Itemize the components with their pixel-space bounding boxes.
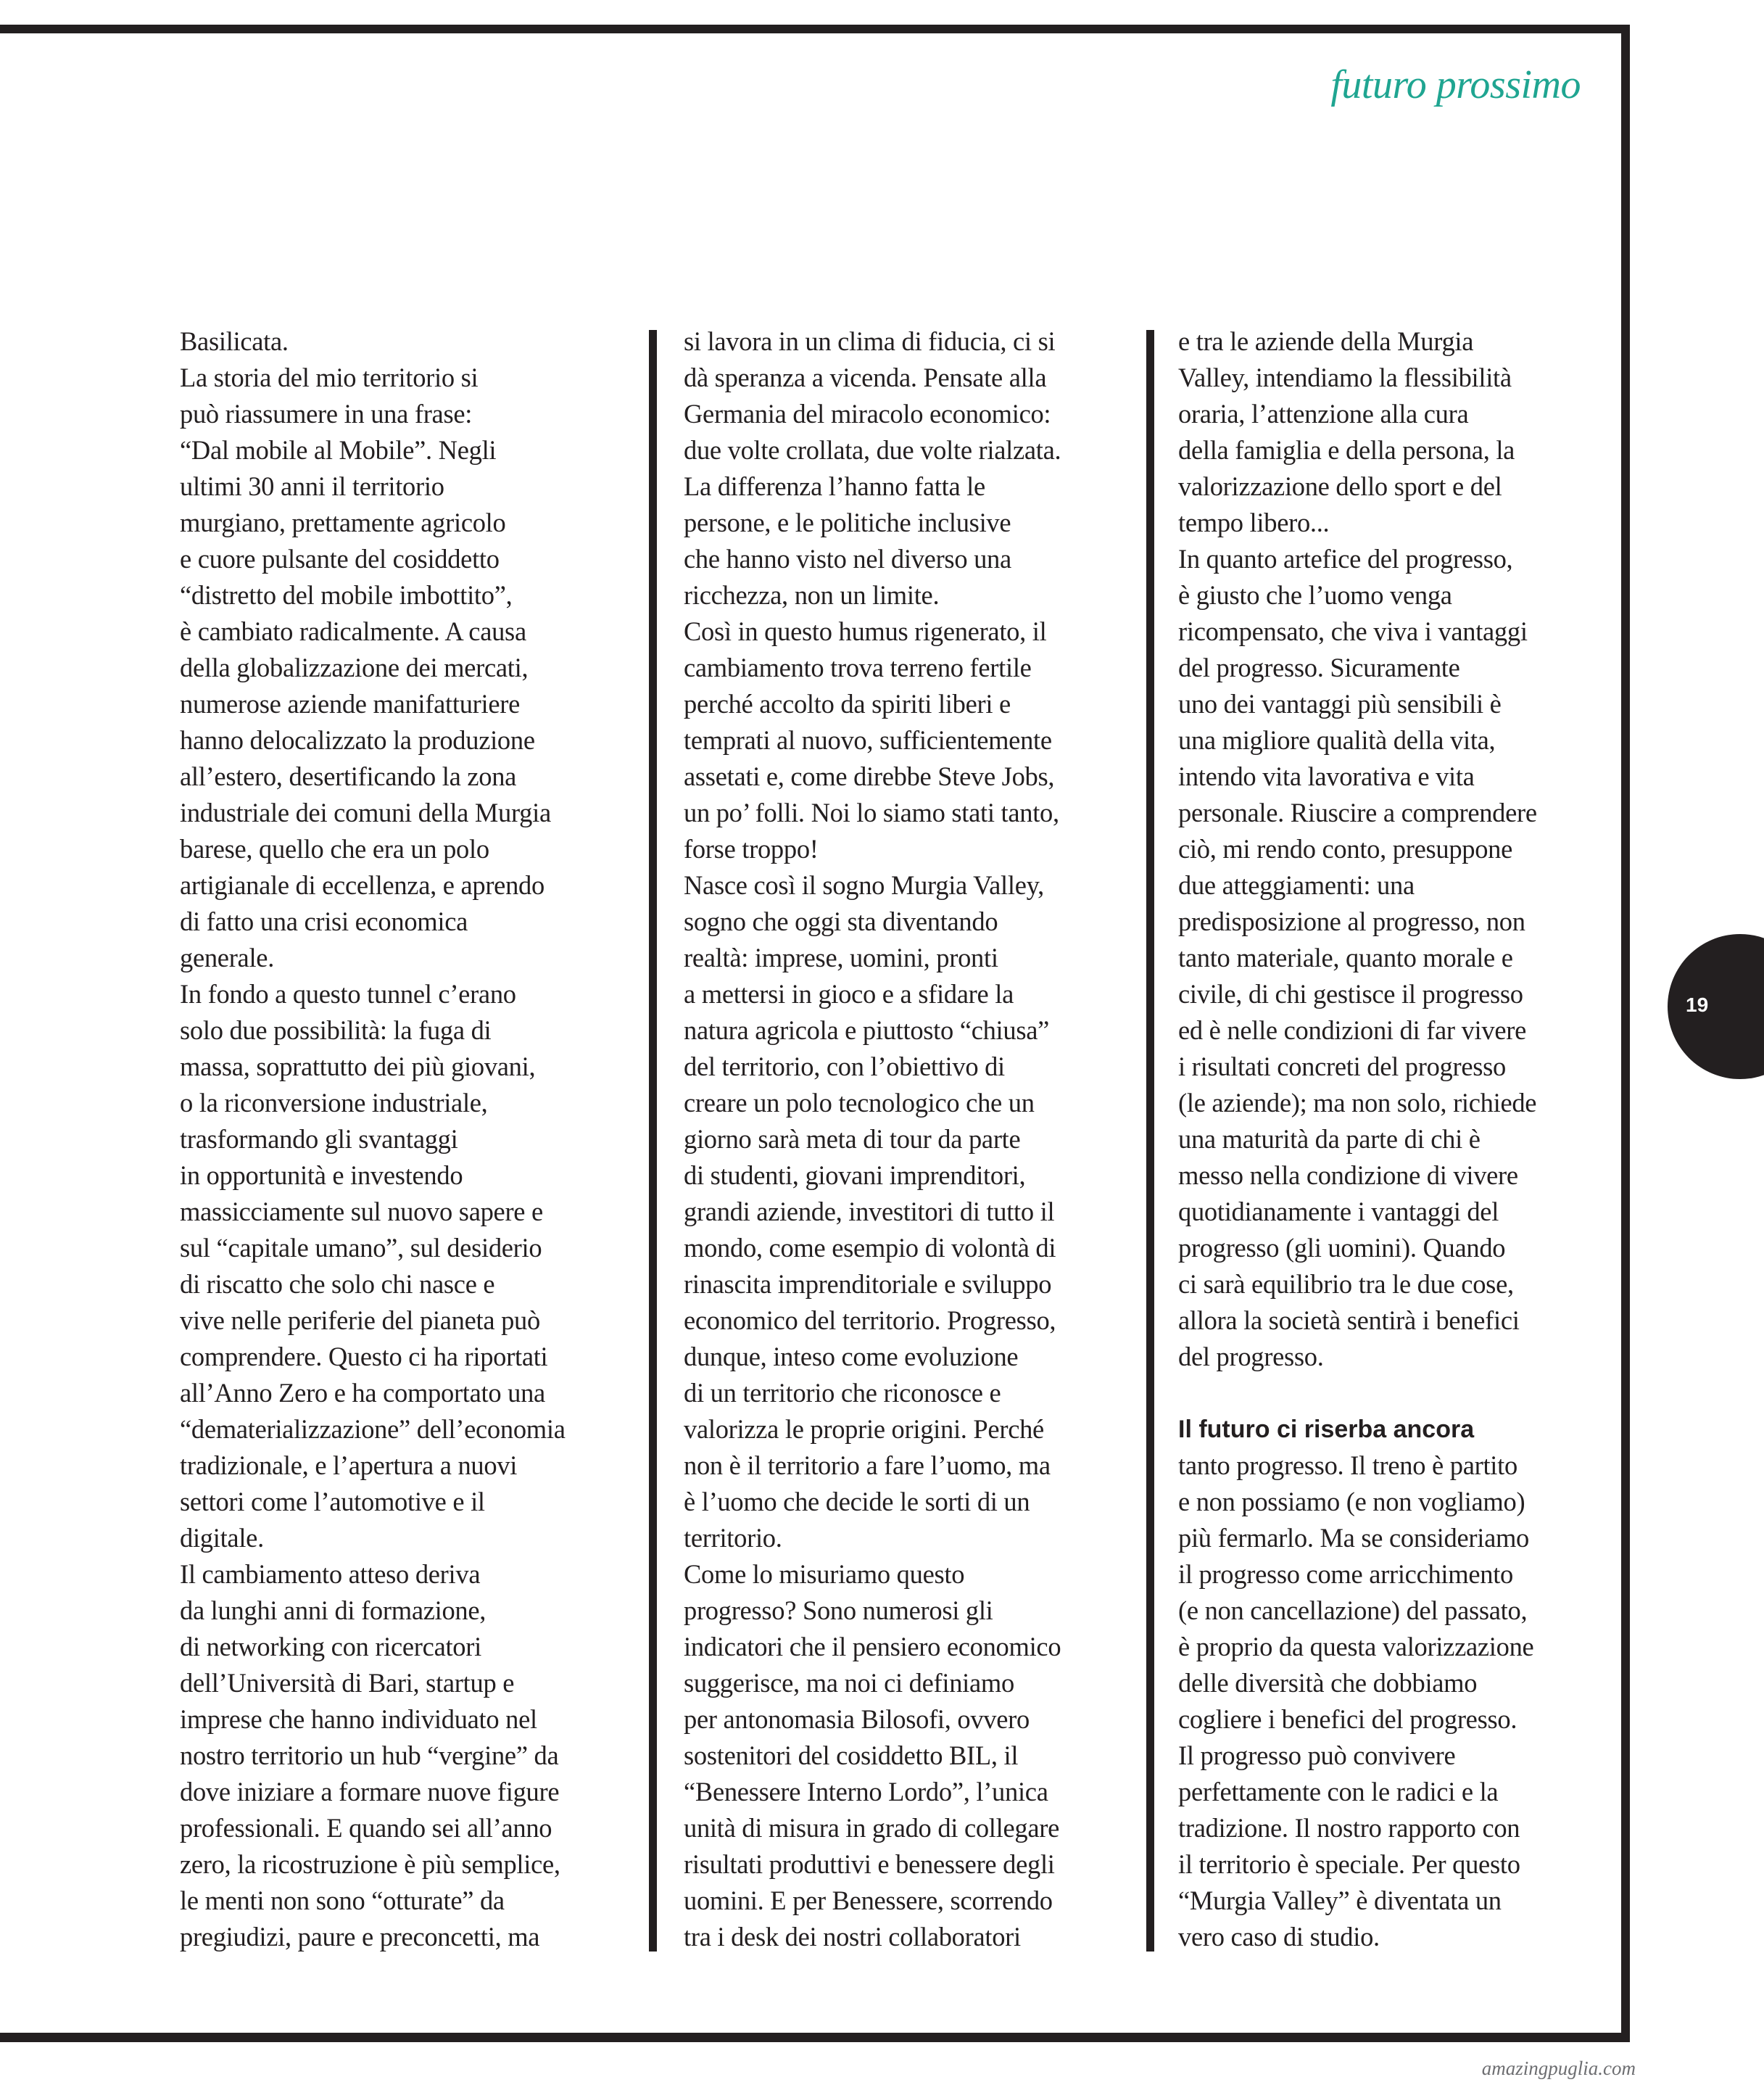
text-line: e non possiamo (e non vogliamo)	[1178, 1484, 1599, 1520]
text-line: persone, e le politiche inclusive	[684, 505, 1126, 541]
text-line: uomini. E per Benessere, scorrendo	[684, 1883, 1126, 1919]
text-line: Così in questo humus rigenerato, il	[684, 614, 1126, 650]
text-line: economico del territorio. Progresso,	[684, 1302, 1126, 1339]
text-line: cogliere i benefici del progresso.	[1178, 1701, 1599, 1738]
text-line: dell’Università di Bari, startup e	[180, 1665, 615, 1701]
text-line: massa, soprattutto dei più giovani,	[180, 1049, 615, 1085]
text-line: numerose aziende manifatturiere	[180, 686, 615, 722]
text-line: a mettersi in gioco e a sfidare la	[684, 976, 1126, 1012]
section-title: futuro prossimo	[1305, 59, 1581, 110]
text-line: in opportunità e investendo	[180, 1157, 615, 1194]
text-line: si lavora in un clima di fiducia, ci si	[684, 323, 1126, 360]
text-line: dunque, inteso come evoluzione	[684, 1339, 1126, 1375]
text-line: è giusto che l’uomo venga	[1178, 577, 1599, 614]
text-line: solo due possibilità: la fuga di	[180, 1012, 615, 1049]
text-line: creare un polo tecnologico che un	[684, 1085, 1126, 1121]
text-line: non è il territorio a fare l’uomo, ma	[684, 1447, 1126, 1484]
text-line: forse troppo!	[684, 831, 1126, 867]
text-line: o la riconversione industriale,	[180, 1085, 615, 1121]
text-line: è proprio da questa valorizzazione	[1178, 1629, 1599, 1665]
text-line: industriale dei comuni della Murgia	[180, 795, 615, 831]
text-line: rinascita imprenditoriale e sviluppo	[684, 1266, 1126, 1302]
text-line: La differenza l’hanno fatta le	[684, 468, 1126, 505]
text-line: “distretto del mobile imbottito”,	[180, 577, 615, 614]
text-line: trasformando gli svantaggi	[180, 1121, 615, 1157]
text-line: intendo vita lavorativa e vita	[1178, 759, 1599, 795]
text-line: da lunghi anni di formazione,	[180, 1593, 615, 1629]
text-line: tradizionale, e l’apertura a nuovi	[180, 1447, 615, 1484]
text-line: le menti non sono “otturate” da	[180, 1883, 615, 1919]
text-line: ultimi 30 anni il territorio	[180, 468, 615, 505]
text-line: (e non cancellazione) del passato,	[1178, 1593, 1599, 1629]
paragraph-spacer	[1178, 1375, 1599, 1411]
text-line: è cambiato radicalmente. A causa	[180, 614, 615, 650]
text-line: In quanto artefice del progresso,	[1178, 541, 1599, 577]
article-column-1: Basilicata.La storia del mio territorio …	[180, 323, 615, 1955]
text-line: barese, quello che era un polo	[180, 831, 615, 867]
text-line: valorizza le proprie origini. Perché	[684, 1411, 1126, 1447]
text-line: ciò, mi rendo conto, presuppone	[1178, 831, 1599, 867]
text-line: vive nelle periferie del pianeta può	[180, 1302, 615, 1339]
text-line: hanno delocalizzato la produzione	[180, 722, 615, 759]
text-line: è l’uomo che decide le sorti di un	[684, 1484, 1126, 1520]
text-line: e cuore pulsante del cosiddetto	[180, 541, 615, 577]
text-line: dove iniziare a formare nuove figure	[180, 1774, 615, 1810]
text-line: nostro territorio un hub “vergine” da	[180, 1738, 615, 1774]
text-line: comprendere. Questo ci ha riportati	[180, 1339, 615, 1375]
text-line: Nasce così il sogno Murgia Valley,	[684, 867, 1126, 904]
text-line: tempo libero...	[1178, 505, 1599, 541]
text-line: grandi aziende, investitori di tutto il	[684, 1194, 1126, 1230]
text-line: “Dal mobile al Mobile”. Negli	[180, 432, 615, 468]
text-line: realtà: imprese, uomini, pronti	[684, 940, 1126, 976]
text-line: quotidianamente i vantaggi del	[1178, 1194, 1599, 1230]
text-line: suggerisce, ma noi ci definiamo	[684, 1665, 1126, 1701]
text-line: Il progresso può convivere	[1178, 1738, 1599, 1774]
text-line: della famiglia e della persona, la	[1178, 432, 1599, 468]
text-line: progresso (gli uomini). Quando	[1178, 1230, 1599, 1266]
text-line: uno dei vantaggi più sensibili è	[1178, 686, 1599, 722]
text-line: un po’ folli. Noi lo siamo stati tanto,	[684, 795, 1126, 831]
text-line: della globalizzazione dei mercati,	[180, 650, 615, 686]
text-line: predisposizione al progresso, non	[1178, 904, 1599, 940]
text-line: tanto materiale, quanto morale e	[1178, 940, 1599, 976]
text-line: ricompensato, che viva i vantaggi	[1178, 614, 1599, 650]
text-line: del progresso.	[1178, 1339, 1599, 1375]
text-line: di networking con ricercatori	[180, 1629, 615, 1665]
text-line: artigianale di eccellenza, e aprendo	[180, 867, 615, 904]
text-line: allora la società sentirà i benefici	[1178, 1302, 1599, 1339]
text-line: “dematerializzazione” dell’economia	[180, 1411, 615, 1447]
text-line: territorio.	[684, 1520, 1126, 1556]
text-line: temprati al nuovo, sufficientemente	[684, 722, 1126, 759]
text-line: ci sarà equilibrio tra le due cose,	[1178, 1266, 1599, 1302]
text-line: murgiano, prettamente agricolo	[180, 505, 615, 541]
text-line: massicciamente sul nuovo sapere e	[180, 1194, 615, 1230]
text-line: giorno sarà meta di tour da parte	[684, 1121, 1126, 1157]
text-line: unità di misura in grado di collegare	[684, 1810, 1126, 1846]
article-subheading: Il futuro ci riserba ancora	[1178, 1411, 1599, 1447]
footer-website: amazingpuglia.com	[1443, 2054, 1636, 2083]
column-3-part-2: tanto progresso. Il treno è partitoe non…	[1178, 1447, 1599, 1955]
text-line: del progresso. Sicuramente	[1178, 650, 1599, 686]
text-line: sostenitori del cosiddetto BIL, il	[684, 1738, 1126, 1774]
text-line: tanto progresso. Il treno è partito	[1178, 1447, 1599, 1484]
text-line: il territorio è speciale. Per questo	[1178, 1846, 1599, 1883]
text-line: “Murgia Valley” è diventata un	[1178, 1883, 1599, 1919]
column-divider-2	[1146, 330, 1154, 1952]
text-line: del territorio, con l’obiettivo di	[684, 1049, 1126, 1085]
text-line: mondo, come esempio di volontà di	[684, 1230, 1126, 1266]
text-line: di fatto una crisi economica	[180, 904, 615, 940]
text-line: sogno che oggi sta diventando	[684, 904, 1126, 940]
text-line: all’Anno Zero e ha comportato una	[180, 1375, 615, 1411]
text-line: di studenti, giovani imprenditori,	[684, 1157, 1126, 1194]
text-line: oraria, l’attenzione alla cura	[1178, 396, 1599, 432]
page-frame-bottom-border	[0, 2033, 1630, 2042]
text-line: tradizione. Il nostro rapporto con	[1178, 1810, 1599, 1846]
text-line: di riscatto che solo chi nasce e	[180, 1266, 615, 1302]
page-frame-right-border	[1621, 25, 1630, 2042]
text-line: più fermarlo. Ma se consideriamo	[1178, 1520, 1599, 1556]
column-divider-1	[649, 330, 657, 1952]
text-line: all’estero, desertificando la zona	[180, 759, 615, 795]
text-line: professionali. E quando sei all’anno	[180, 1810, 615, 1846]
text-line: Valley, intendiamo la flessibilità	[1178, 360, 1599, 396]
text-line: perché accolto da spiriti liberi e	[684, 686, 1126, 722]
text-line: di un territorio che riconosce e	[684, 1375, 1126, 1411]
text-line: messo nella condizione di vivere	[1178, 1157, 1599, 1194]
text-line: vero caso di studio.	[1178, 1919, 1599, 1955]
text-line: “Benessere Interno Lordo”, l’unica	[684, 1774, 1126, 1810]
text-line: imprese che hanno individuato nel	[180, 1701, 615, 1738]
text-line: La storia del mio territorio si	[180, 360, 615, 396]
page-number: 19	[1686, 991, 1729, 1020]
text-line: civile, di chi gestisce il progresso	[1178, 976, 1599, 1012]
text-line: i risultati concreti del progresso	[1178, 1049, 1599, 1085]
text-line: zero, la ricostruzione è più semplice,	[180, 1846, 615, 1883]
text-line: dà speranza a vicenda. Pensate alla	[684, 360, 1126, 396]
text-line: indicatori che il pensiero economico	[684, 1629, 1126, 1665]
text-line: che hanno visto nel diverso una	[684, 541, 1126, 577]
text-line: una migliore qualità della vita,	[1178, 722, 1599, 759]
text-line: ricchezza, non un limite.	[684, 577, 1126, 614]
text-line: valorizzazione dello sport e del	[1178, 468, 1599, 505]
text-line: generale.	[180, 940, 615, 976]
text-line: pregiudizi, paure e preconcetti, ma	[180, 1919, 615, 1955]
text-line: due volte crollata, due volte rialzata.	[684, 432, 1126, 468]
text-line: delle diversità che dobbiamo	[1178, 1665, 1599, 1701]
page-frame-top-border	[0, 25, 1630, 33]
text-line: ed è nelle condizioni di far vivere	[1178, 1012, 1599, 1049]
text-line: cambiamento trova terreno fertile	[684, 650, 1126, 686]
text-line: sul “capitale umano”, sul desiderio	[180, 1230, 615, 1266]
text-line: Il cambiamento atteso deriva	[180, 1556, 615, 1593]
text-line: una maturità da parte di chi è	[1178, 1121, 1599, 1157]
text-line: per antonomasia Bilosofi, ovvero	[684, 1701, 1126, 1738]
text-line: il progresso come arricchimento	[1178, 1556, 1599, 1593]
text-line: Come lo misuriamo questo	[684, 1556, 1126, 1593]
text-line: tra i desk dei nostri collaboratori	[684, 1919, 1126, 1955]
text-line: risultati produttivi e benessere degli	[684, 1846, 1126, 1883]
text-line: Basilicata.	[180, 323, 615, 360]
text-line: Germania del miracolo economico:	[684, 396, 1126, 432]
text-line: progresso? Sono numerosi gli	[684, 1593, 1126, 1629]
text-line: natura agricola e piuttosto “chiusa”	[684, 1012, 1126, 1049]
article-column-3: e tra le aziende della MurgiaValley, int…	[1178, 323, 1599, 1955]
text-line: due atteggiamenti: una	[1178, 867, 1599, 904]
text-line: settori come l’automotive e il	[180, 1484, 615, 1520]
article-column-2: si lavora in un clima di fiducia, ci sid…	[684, 323, 1126, 1955]
text-line: In fondo a questo tunnel c’erano	[180, 976, 615, 1012]
text-line: digitale.	[180, 1520, 615, 1556]
text-line: e tra le aziende della Murgia	[1178, 323, 1599, 360]
column-3-part-1: e tra le aziende della MurgiaValley, int…	[1178, 323, 1599, 1375]
text-line: assetati e, come direbbe Steve Jobs,	[684, 759, 1126, 795]
text-line: perfettamente con le radici e la	[1178, 1774, 1599, 1810]
text-line: (le aziende); ma non solo, richiede	[1178, 1085, 1599, 1121]
text-line: può riassumere in una frase:	[180, 396, 615, 432]
text-line: personale. Riuscire a comprendere	[1178, 795, 1599, 831]
